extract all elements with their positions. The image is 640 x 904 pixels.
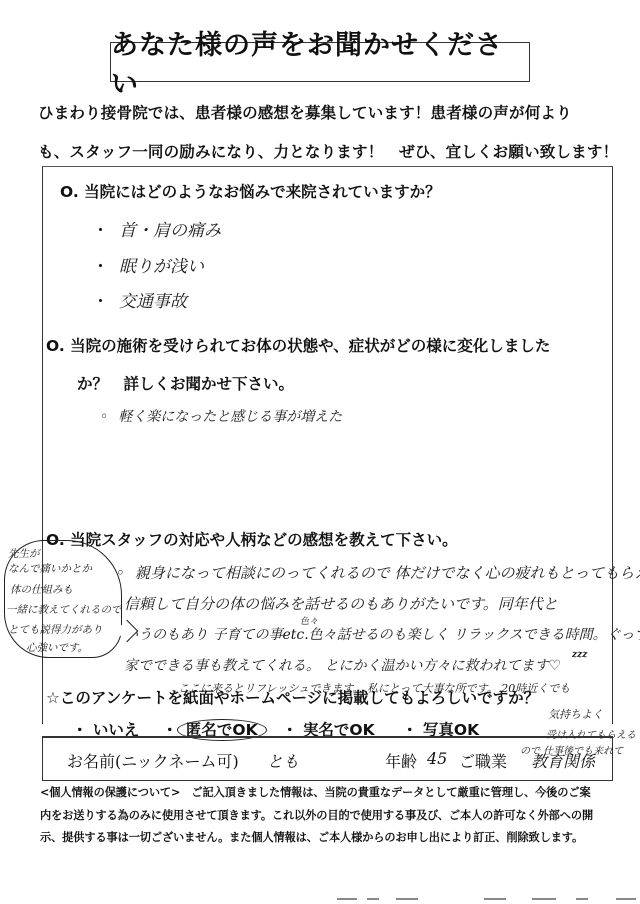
scan-artifact	[616, 898, 636, 900]
question-1-label: O. 当院にはどのようなお悩みで来院されていますか？	[60, 180, 441, 202]
side-note-line-4: 一緒に教えてくれるので	[6, 602, 122, 617]
scan-artifact	[337, 898, 357, 900]
question-3-answer-line-1: ◦親身になって相談にのってくれるので 体だけでなく心の疲れもとってもらえる。	[116, 562, 640, 583]
question-2-answer: ◦軽く楽になったと感じる事が増えた	[100, 406, 342, 426]
bullet-icon: ◦	[100, 409, 108, 425]
name-label: お名前(ニックネーム可)	[67, 749, 239, 772]
side-note-line-2: なんで痛いかとか	[8, 561, 92, 576]
intro-line-1: ひまわり接骨院では、患者様の感想を募集しています！患者様の声が何より	[38, 101, 572, 123]
privacy-line-3: 示、提供する事は一切ございません。また個人情報は、ご本人様からのお申し出により訂…	[40, 829, 583, 845]
scan-artifact	[532, 898, 556, 900]
intro-line-2: も、スタッフ一同の励みになり、力となります！ ぜひ、宜しくお願い致します！	[38, 140, 618, 162]
job-label: ご職業	[459, 749, 507, 772]
question-2-label-line-2: か？ 詳しくお聞かせ下さい。	[77, 372, 294, 394]
side-note-line-6: 心強いです。	[26, 640, 88, 655]
profile-row: お名前(ニックネーム可) とも 年齢 45 ご職業 教育関係	[42, 736, 613, 781]
bullet-icon: ・	[92, 287, 109, 312]
age-label: 年齢	[385, 749, 417, 772]
bullet-icon: ・	[92, 252, 109, 277]
scan-artifact	[576, 898, 588, 900]
question-3-answer-line-3: いうのもあり 子育ての事etc.色々話せるのも楽しく リラックスできる時間。ぐっ…	[124, 624, 640, 644]
question-1-answer-3: ・交通事故	[92, 287, 187, 312]
bullet-icon: ・	[92, 216, 109, 241]
side-note-line-1: 先生が	[8, 546, 40, 561]
side-note-line-5: とても説得力があり	[8, 622, 103, 637]
margin-note-2: 気持ちよく	[548, 706, 603, 722]
question-3-label: O. 当院スタッフの対応や人柄などの感想を教えて下さい。	[46, 528, 458, 550]
side-note-line-3: 体の仕組みも	[10, 582, 73, 597]
scan-artifact	[396, 898, 418, 900]
question-2-label-line-1: O. 当院の施術を受けられてお体の状態や、症状がどの様に変化しました	[46, 334, 550, 356]
name-value[interactable]: とも	[267, 749, 299, 772]
privacy-line-1: <個人情報の保護について> ご記入頂きました情報は、当院の貴重なデータとして厳重…	[40, 784, 591, 800]
job-value[interactable]: 教育関係	[531, 749, 595, 772]
question-1-answer-1: ・首・肩の痛み	[92, 216, 221, 241]
scan-artifact	[484, 898, 506, 900]
privacy-line-2: 内をお送りする為のみに使用させて頂きます。これ以外の目的で使用する事及び、ご本人…	[40, 807, 593, 823]
publish-question: ☆このアンケートを紙面やホームページに掲載してもよろしいですか？	[46, 686, 539, 708]
question-1-answer-2: ・眠りが浅い	[92, 252, 204, 277]
question-3-answer-line-2: 信頼して自分の体の悩みを話せるのもありがたいです。同年代と	[124, 593, 558, 614]
scan-artifact	[367, 898, 379, 900]
question-3-answer-line-4: 家でできる事も教えてくれる。 とにかく温かい方々に救われてます♡	[124, 655, 561, 675]
page-title: あなた様の声をお聞かせください	[110, 42, 530, 82]
annotation-zzz: zzz	[572, 650, 587, 660]
age-value[interactable]: 45	[427, 749, 447, 768]
annotation-iroiro: 色々	[300, 614, 318, 627]
